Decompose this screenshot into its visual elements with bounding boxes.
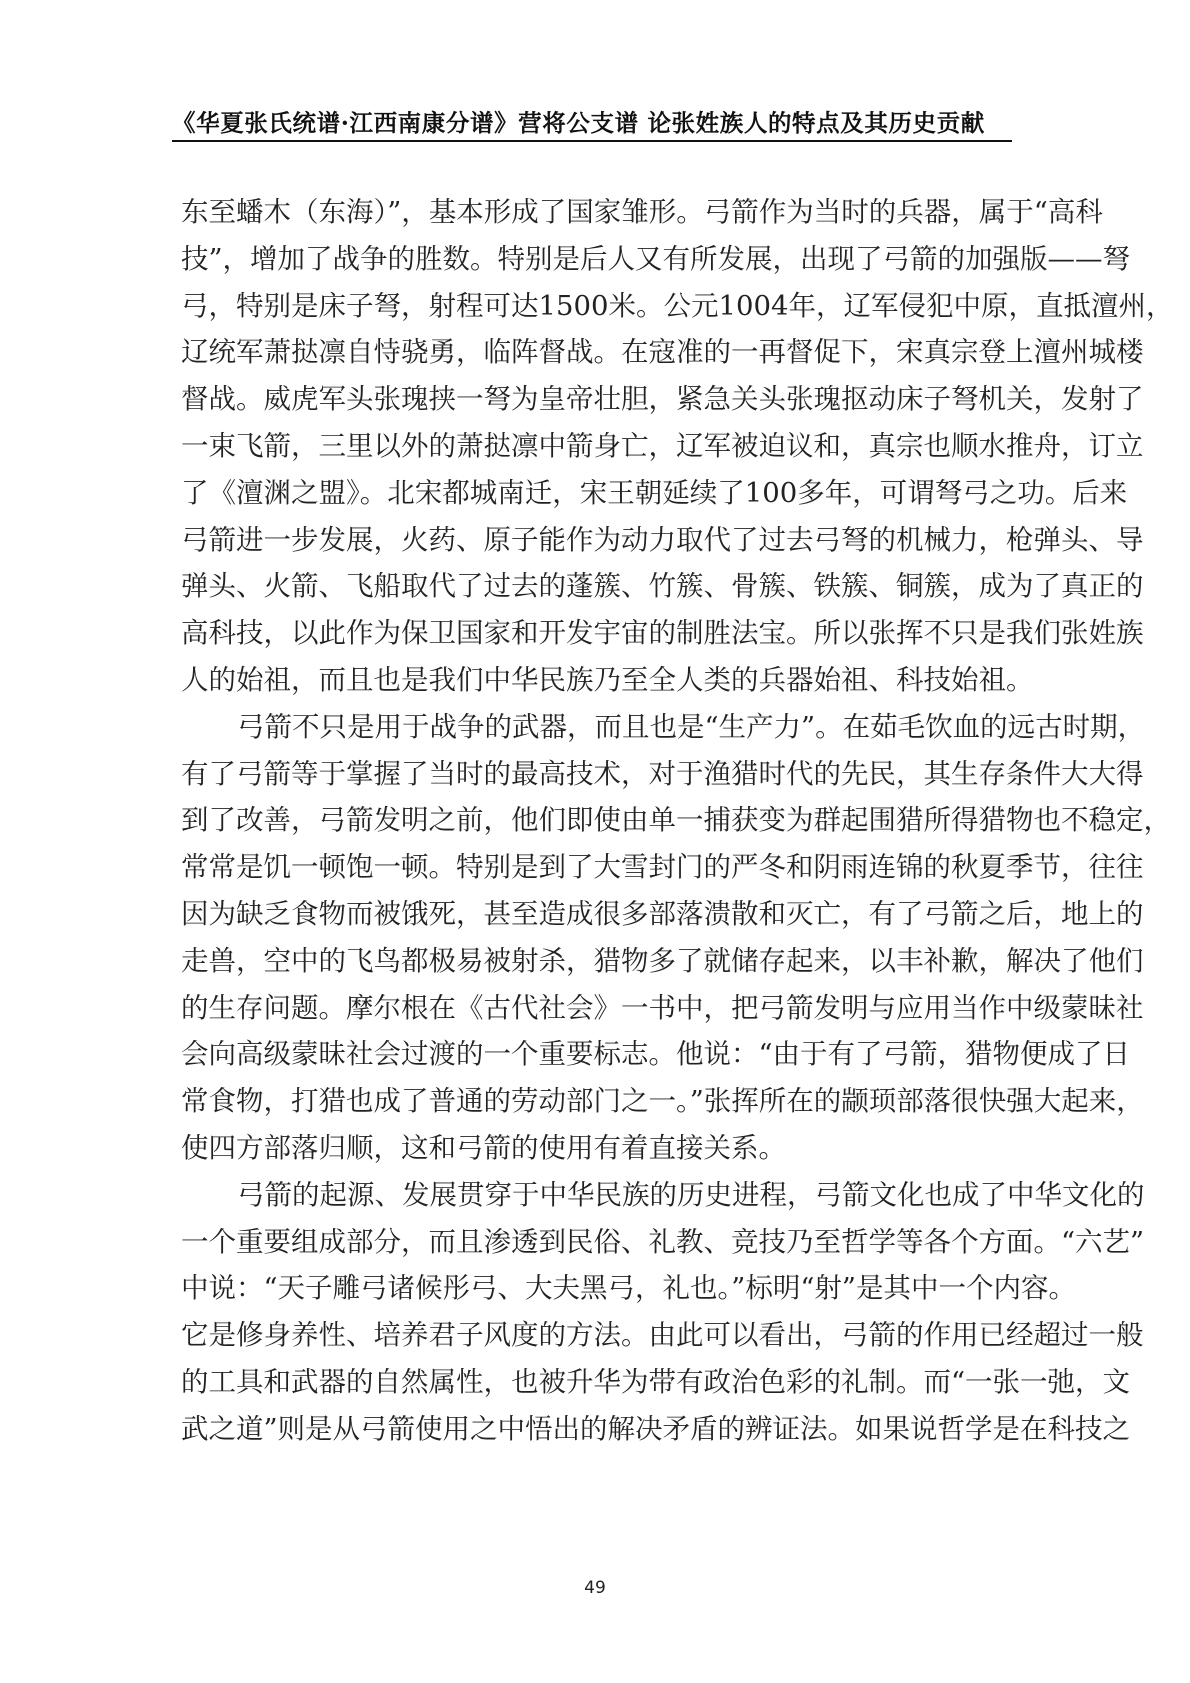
- text-line: 一束飞箭，三里以外的萧挞凛中箭身亡，辽军被迫议和，真宗也顺水推舟，订立: [181, 425, 1011, 472]
- text-line: 督战。威虎军头张瑰挟一弩为皇帝壮胆，紧急关头张瑰抠动床子弩机关，发射了: [181, 378, 1011, 425]
- text-line: 因为缺乏食物而被饿死，甚至造成很多部落溃散和灭亡，有了弓箭之后，地上的: [181, 893, 1011, 940]
- text-line: 中说：“天子雕弓诸候彤弓、大夫黑弓，礼也。”标明“射”是其中一个内容。: [181, 1267, 1011, 1314]
- text-line: 有了弓箭等于掌握了当时的最高技术，对于渔猎时代的先民，其生存条件大大得: [181, 753, 1011, 800]
- running-header: 《华夏张氏统谱·江西南康分谱》营将公支谱 论张姓族人的特点及其历史贡献: [172, 108, 1012, 142]
- paragraph: 弓箭的起源、发展贯穿于中华民族的历史进程，弓箭文化也成了中华文化的 一个重要组成…: [181, 1174, 1011, 1455]
- text-line: 的工具和武器的自然属性，也被升华为带有政治色彩的礼制。而“一张一弛，文: [181, 1361, 1011, 1408]
- text-line: 人的始祖，而且也是我们中华民族乃至全人类的兵器始祖、科技始祖。: [181, 659, 1011, 706]
- text-line: 的生存问题。摩尔根在《古代社会》一书中，把弓箭发明与应用当作中级蒙昧社: [181, 987, 1011, 1034]
- text-line: 常食物，打猎也成了普通的劳动部门之一。”张挥所在的颛顼部落很快强大起来，: [181, 1080, 1011, 1127]
- text-line: 一个重要组成部分，而且渗透到民俗、礼教、竞技乃至哲学等各个方面。“六艺”: [181, 1221, 1011, 1268]
- text-line: 弓，特别是床子弩，射程可达1500米。公元1004年，辽军侵犯中原，直抵澶州，: [181, 285, 1011, 332]
- page-number: 49: [0, 1578, 1190, 1598]
- text-line: 弓箭进一步发展，火药、原子能作为动力取代了过去弓弩的机械力，枪弹头、导: [181, 519, 1011, 566]
- text-line: 高科技，以此作为保卫国家和开发宇宙的制胜法宝。所以张挥不只是我们张姓族: [181, 612, 1011, 659]
- text-line: 使四方部落归顺，这和弓箭的使用有着直接关系。: [181, 1127, 1011, 1174]
- text-line: 了《澶渊之盟》。北宋都城南迁，宋王朝延续了100多年，可谓弩弓之功。后来: [181, 472, 1011, 519]
- text-line: 会向高级蒙昧社会过渡的一个重要标志。他说：“由于有了弓箭，猎物便成了日: [181, 1033, 1011, 1080]
- text-line: 东至蟠木（东海）”，基本形成了国家雏形。弓箭作为当时的兵器，属于“高科: [181, 191, 1011, 238]
- text-line: 走兽，空中的飞鸟都极易被射杀，猎物多了就储存起来，以丰补歉，解决了他们: [181, 940, 1011, 987]
- text-line: 弓箭不只是用于战争的武器，而且也是“生产力”。在茹毛饮血的远古时期，: [181, 706, 1011, 753]
- text-line: 技”，增加了战争的胜数。特别是后人又有所发展，出现了弓箭的加强版——弩: [181, 238, 1011, 285]
- text-line: 它是修身养性、培养君子风度的方法。由此可以看出，弓箭的作用已经超过一般: [181, 1314, 1011, 1361]
- paragraph: 东至蟠木（东海）”，基本形成了国家雏形。弓箭作为当时的兵器，属于“高科 技”，增…: [181, 191, 1011, 706]
- text-line: 弓箭的起源、发展贯穿于中华民族的历史进程，弓箭文化也成了中华文化的: [181, 1174, 1011, 1221]
- header-title: 《华夏张氏统谱·江西南康分谱》营将公支谱 论张姓族人的特点及其历史贡献: [172, 108, 1012, 138]
- text-line: 常常是饥一顿饱一顿。特别是到了大雪封门的严冬和阴雨连锦的秋夏季节，往往: [181, 846, 1011, 893]
- body-text: 东至蟠木（东海）”，基本形成了国家雏形。弓箭作为当时的兵器，属于“高科 技”，增…: [181, 191, 1011, 1455]
- text-line: 弹头、火箭、飞船取代了过去的蓬簇、竹簇、骨簇、铁簇、铜簇，成为了真正的: [181, 565, 1011, 612]
- paragraph: 弓箭不只是用于战争的武器，而且也是“生产力”。在茹毛饮血的远古时期， 有了弓箭等…: [181, 706, 1011, 1174]
- text-line: 到了改善，弓箭发明之前，他们即使由单一捕获变为群起围猎所得猎物也不稳定，: [181, 799, 1011, 846]
- text-line: 辽统军萧挞凛自恃骁勇，临阵督战。在寇准的一再督促下，宋真宗登上澶州城楼: [181, 331, 1011, 378]
- text-line: 武之道”则是从弓箭使用之中悟出的解决矛盾的辨证法。如果说哲学是在科技之: [181, 1408, 1011, 1455]
